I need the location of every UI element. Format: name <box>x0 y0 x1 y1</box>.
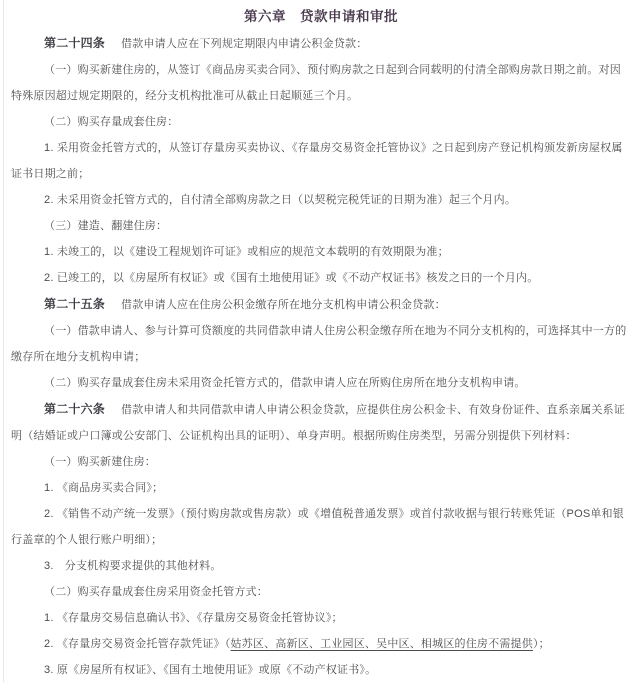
article-25-intro: 第二十五条借款申请人应在住房公积金缴存所在地分支机构申请公积金贷款： <box>11 291 631 318</box>
article-24-intro: 第二十四条借款申请人应在下列规定期限内申请公积金贷款： <box>11 30 631 57</box>
item-24-2-2: 2. 未采用资金托管方式的，自付清全部购房款之日（以契税完税凭证的日期为准）起三… <box>11 187 631 213</box>
item-24-3-1: 1. 未竣工的，以《建设工程规划许可证》或相应的规范文本载明的有效期限为准； <box>11 239 631 265</box>
item-26-2-2-suffix: ）； <box>533 638 550 650</box>
clause-26-2: （二）购买存量成套住房采用资金托管方式： <box>11 579 631 605</box>
article-26-number: 第二十六条 <box>44 402 105 416</box>
article-25-text: 借款申请人应在住房公积金缴存所在地分支机构申请公积金贷款： <box>121 299 446 311</box>
article-24-text: 借款申请人应在下列规定期限内申请公积金贷款： <box>121 38 367 50</box>
clause-25-1: （一）借款申请人、参与计算可贷额度的共同借款申请人住房公积金缴存所在地为不同分支… <box>11 318 631 370</box>
item-26-1-2: 2. 《销售不动产统一发票》（预付购房款或售房款）或《增值税普通发票》或首付款收… <box>11 501 631 553</box>
item-26-2-2-prefix: 2. 《存量房交易资金托管存款凭证》（ <box>44 638 231 650</box>
clause-24-1: （一）购买新建住房的，从签订《商品房买卖合同》、预付购房款之日起到合同载明的付清… <box>11 57 631 109</box>
document-page: 第六章 贷款申请和审批 第二十四条借款申请人应在下列规定期限内申请公积金贷款： … <box>3 0 640 682</box>
clause-26-1: （一）购买新建住房： <box>11 449 631 475</box>
item-26-2-2: 2. 《存量房交易资金托管存款凭证》（姑苏区、高新区、工业园区、吴中区、相城区的… <box>11 631 631 657</box>
clause-24-3: （三）建造、翻建住房： <box>11 213 631 239</box>
item-26-1-1: 1. 《商品房买卖合同》； <box>11 475 631 501</box>
clause-24-2: （二）购买存量成套住房： <box>11 109 631 135</box>
item-24-3-2: 2. 已竣工的，以《房屋所有权证》或《国有土地使用证》或《不动产权证书》核发之日… <box>11 265 631 291</box>
clause-25-2: （二）购买存量成套住房未采用资金托管方式的，借款申请人应在所购住房所在地分支机构… <box>11 370 631 396</box>
article-26-intro: 第二十六条借款申请人和共同借款申请人申请公积金贷款，应提供住房公积金卡、有效身份… <box>11 396 631 449</box>
article-25-number: 第二十五条 <box>44 297 105 311</box>
item-26-2-3: 3. 原《房屋所有权证》、《国有土地使用证》或原《不动产权证书》。 <box>11 657 631 682</box>
item-24-2-1: 1. 采用资金托管方式的，从签订存量房买卖协议、《存量房交易资金托管协议》之日起… <box>11 135 631 187</box>
item-26-1-3: 3. 分支机构要求提供的其他材料。 <box>11 553 631 579</box>
chapter-title: 第六章 贷款申请和审批 <box>11 4 631 30</box>
article-24-number: 第二十四条 <box>44 36 105 50</box>
district-exemption-underline: 姑苏区、高新区、工业园区、吴中区、相城区的住房不需提供 <box>231 638 533 650</box>
item-26-2-1: 1. 《存量房交易信息确认书》、《存量房交易资金托管协议》； <box>11 605 631 631</box>
